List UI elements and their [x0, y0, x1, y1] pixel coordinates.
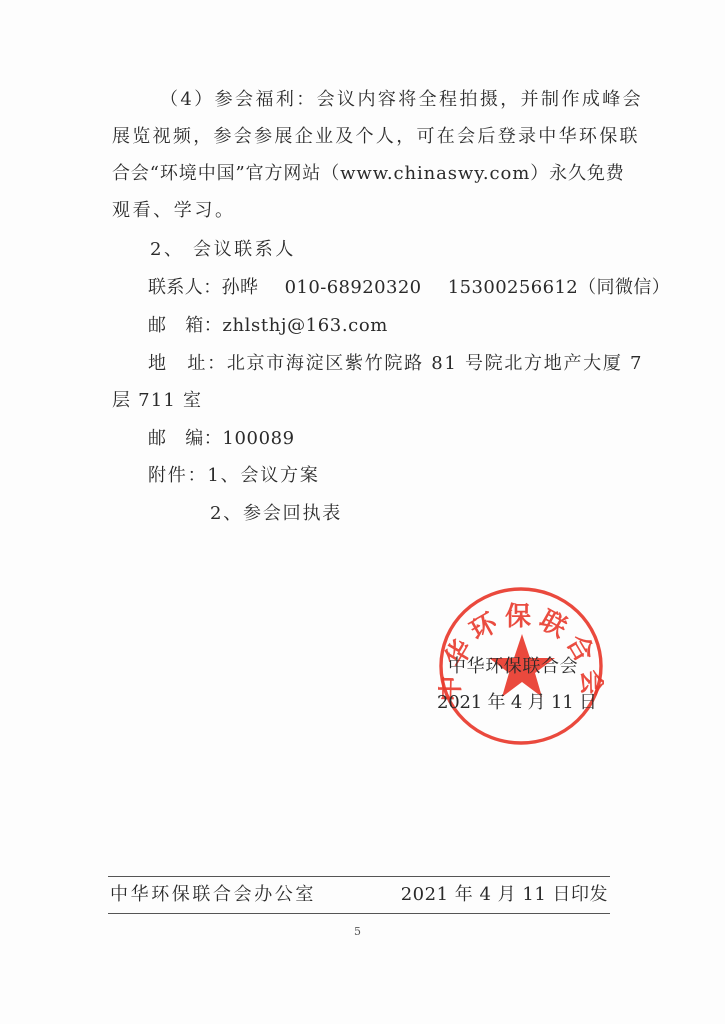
email-row: 邮 箱：zhlsthj@163.com: [148, 315, 388, 337]
postcode-value: 100089: [222, 428, 294, 449]
benefit-line-4: 观看、学习。: [112, 200, 236, 222]
document-page: （4）参会福利：会议内容将全程拍摄，并制作成峰会 展览视频，参会参展企业及个人，…: [0, 0, 725, 1024]
address-label: 地 址：: [148, 353, 227, 374]
footer-issuer: 中华环保联合会办公室: [110, 884, 316, 906]
signature-date: 2021 年 4 月 11 日: [437, 692, 597, 714]
footer-bottom-rule: [108, 913, 610, 914]
signature-organization: 中华环保联合会: [448, 656, 578, 678]
section-contact-heading: 2、 会议联系人: [150, 239, 296, 261]
address-line-1: 北京市海淀区紫竹院路 81 号院北方地产大厦 7: [227, 353, 643, 374]
contact-mobile: 15300256612（同微信）: [448, 277, 670, 298]
benefit-line-1: （4）参会福利：会议内容将全程拍摄，并制作成峰会: [160, 89, 643, 111]
email-value: zhlsthj@163.com: [222, 315, 388, 336]
address-line-2: 层 711 室: [112, 390, 202, 412]
attachment-row-1: 附件：1、会议方案: [148, 465, 320, 487]
attachment-item-2: 2、参会回执表: [210, 503, 342, 525]
footer-top-rule: [108, 876, 610, 877]
attachment-label: 附件：: [148, 465, 207, 486]
address-row: 地 址：北京市海淀区紫竹院路 81 号院北方地产大厦 7: [148, 353, 643, 375]
page-number: 5: [354, 925, 361, 938]
benefit-line-3: 合会“环境中国”官方网站（www.chinaswy.com）永久免费: [112, 163, 625, 185]
email-label: 邮 箱：: [148, 315, 222, 336]
contact-name: 孙晔: [222, 277, 259, 298]
attachment-item-1: 1、会议方案: [207, 465, 319, 486]
footer-issue-date: 2021 年 4 月 11 日印发: [401, 884, 608, 906]
contact-row: 联系人：孙晔 010-68920320 15300256612（同微信）: [148, 277, 670, 299]
contact-phone: 010-68920320: [285, 277, 422, 298]
contact-label: 联系人：: [148, 277, 222, 298]
postcode-row: 邮 编：100089: [148, 428, 295, 450]
benefit-line-2: 展览视频，参会参展企业及个人，可在会后登录中华环保联: [112, 126, 640, 148]
postcode-label: 邮 编：: [148, 428, 222, 449]
